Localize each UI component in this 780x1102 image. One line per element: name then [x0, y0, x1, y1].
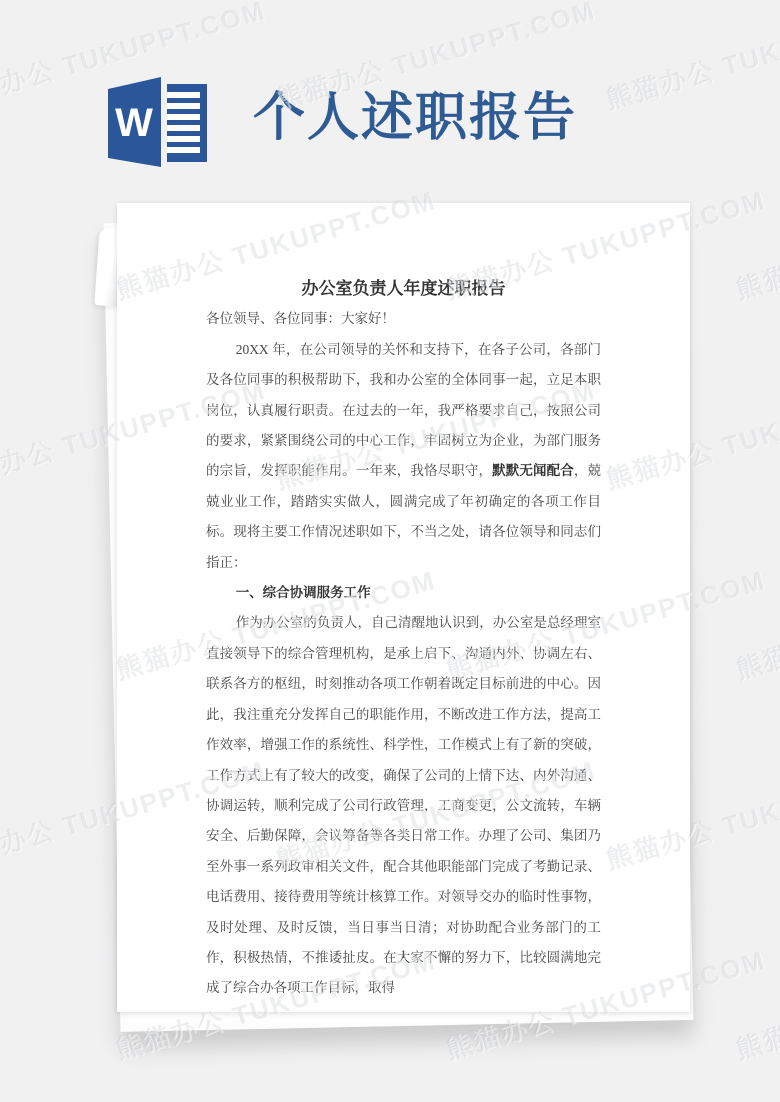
document-content: 办公室负责人年度述职报告 各位领导、各位同事：大家好！ 20XX 年，在公司领导… [117, 203, 690, 1012]
template-preview-page: 熊猫办公 TUKUPPT.COM熊猫办公 TUKUPPT.COM熊猫办公 TUK… [0, 0, 780, 1102]
document-page: 办公室负责人年度述职报告 各位领导、各位同事：大家好！ 20XX 年，在公司领导… [117, 203, 690, 1012]
watermark-text: 熊猫办公 TUKUPPT.COM [601, 0, 780, 117]
page-number: 1 [117, 947, 690, 962]
section-heading-1: 一、综合协调服务工作 [206, 578, 601, 608]
paragraph-2: 作为办公室的负责人，自己清醒地认识到，办公室是总经理室直接领导下的综合管理机构，… [206, 608, 601, 1003]
watermark-text: 熊猫办公 TUKUPPT.COM [731, 560, 780, 687]
paragraph-1-text-c: ，兢兢业业工作，踏踏实实做人，圆满完成了年初确定的各项工作目标。现将主要工作情况… [206, 463, 601, 569]
paragraph-1-text-a: 20XX 年，在公司领导的关怀和支持下，在各子公司，各部门及各位同事的积极帮助下… [206, 342, 601, 479]
brand-header: W 个人述职报告 [103, 70, 577, 168]
word-logo-letter: W [115, 101, 153, 145]
paragraph-1: 20XX 年，在公司领导的关怀和支持下，在各子公司，各部门及各位同事的积极帮助下… [206, 335, 601, 578]
paragraph-greeting: 各位领导、各位同事：大家好！ [206, 304, 601, 334]
document-title: 办公室负责人年度述职报告 [206, 274, 601, 304]
template-title: 个人述职报告 [253, 70, 577, 168]
watermark-text: 熊猫办公 TUKUPPT.COM [731, 180, 780, 307]
word-logo-icon: W [103, 70, 207, 168]
bold-phrase: 默默无闻配合 [492, 463, 574, 478]
watermark-text: 熊猫办公 TUKUPPT.COM [731, 940, 780, 1067]
